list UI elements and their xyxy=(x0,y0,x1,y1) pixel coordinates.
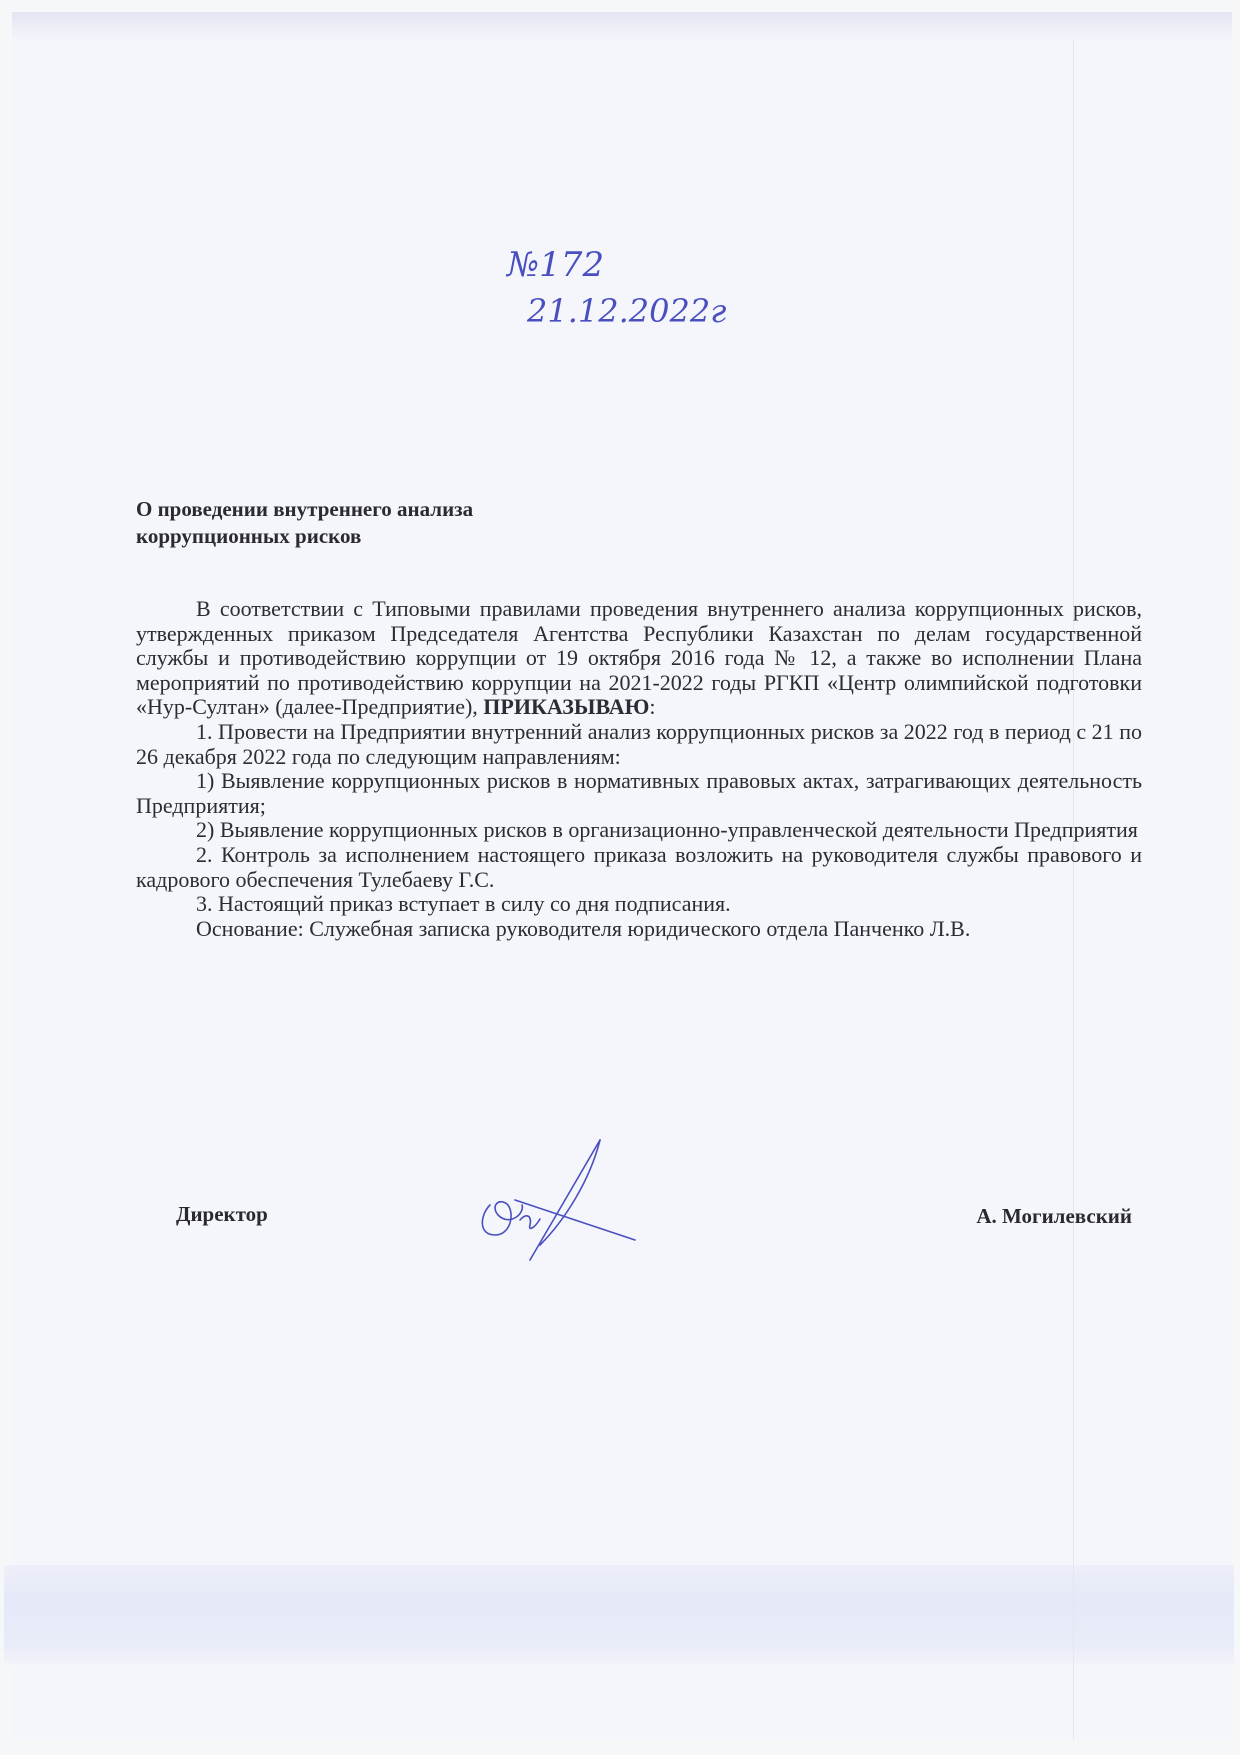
order-word: ПРИКАЗЫВАЮ xyxy=(483,694,649,719)
scan-artifact-top xyxy=(12,12,1232,42)
title-line-2: коррупционных рисков xyxy=(136,523,473,550)
order-item-1: 1. Провести на Предприятии внутренний ан… xyxy=(136,720,1142,769)
order-item-3: 3. Настоящий приказ вступает в силу со д… xyxy=(136,892,1142,917)
order-colon: : xyxy=(649,694,655,719)
scan-artifact-bottom xyxy=(4,1565,1234,1665)
signatory-name: А. Могилевский xyxy=(976,1204,1132,1229)
handwritten-date: 21.12.2022г xyxy=(526,292,726,330)
signature-block: Директор А. Могилевский xyxy=(136,1198,1142,1238)
document-body: В соответствии с Типовыми правилами пров… xyxy=(136,597,1142,941)
intro-paragraph: В соответствии с Типовыми правилами пров… xyxy=(136,597,1142,720)
order-subitem-2: 2) Выявление коррупционных рисков в орга… xyxy=(136,818,1142,843)
handwritten-registration: №172 21.12.2022г xyxy=(505,240,765,330)
order-item-2: 2. Контроль за исполнением настоящего пр… xyxy=(136,843,1142,892)
document-title: О проведении внутреннего анализа коррупц… xyxy=(136,496,473,550)
order-subitem-1: 1) Выявление коррупционных рисков в норм… xyxy=(136,769,1142,818)
signatory-position: Директор xyxy=(176,1202,268,1227)
basis-paragraph: Основание: Служебная записка руководител… xyxy=(136,917,1142,942)
title-line-1: О проведении внутреннего анализа xyxy=(136,496,473,523)
handwritten-number: №172 xyxy=(505,245,604,285)
